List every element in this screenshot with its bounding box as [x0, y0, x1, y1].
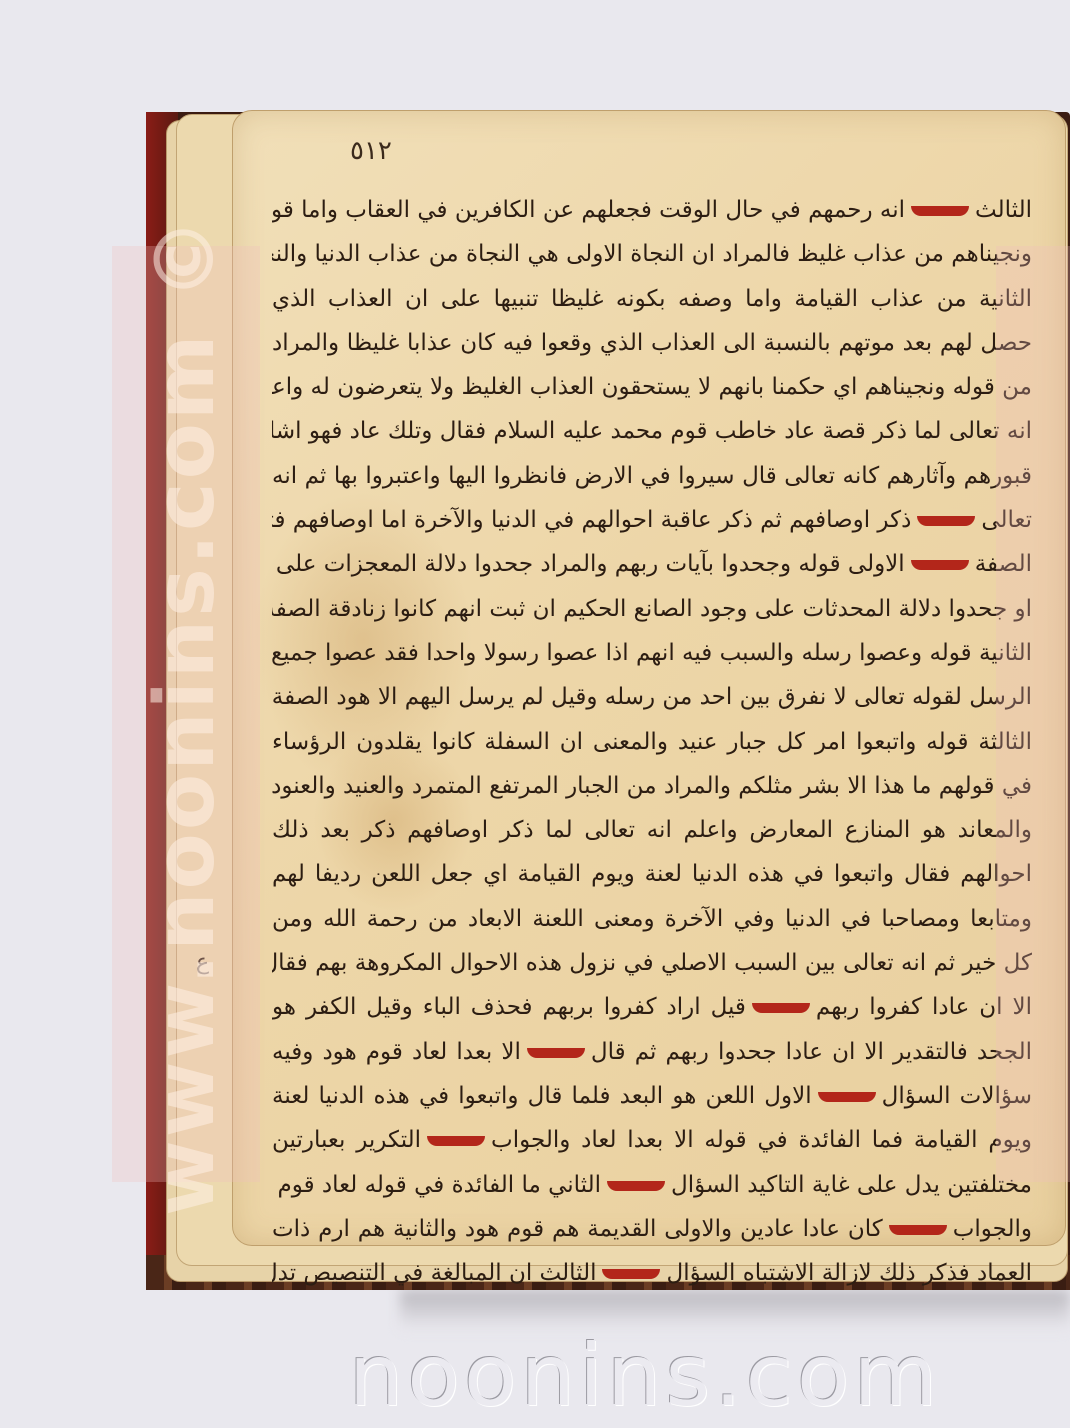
book-shadow [400, 1290, 1070, 1330]
text-line: الثالثة قوله واتبعوا امر كل جبار عنيد وا… [272, 720, 1032, 764]
rubric-overline [818, 1092, 876, 1102]
text-line: كل خير ثم انه تعالى بين السبب الاصلي في … [272, 941, 1032, 985]
rubric-overline [889, 1225, 947, 1235]
rubric-overline [602, 1269, 660, 1279]
text-line: حصل لهم بعد موتهم بالنسبة الى العذاب الذ… [272, 321, 1032, 365]
watermark-band-right [996, 246, 1070, 1182]
text-line: ويوم القيامة فما الفائدة في قوله الا بعد… [272, 1118, 1032, 1162]
rubric-overline [917, 516, 975, 526]
rubric-overline [911, 560, 969, 570]
text-line: قبورهم وآثارهم كانه تعالى قال سيروا في ا… [272, 454, 1032, 498]
text-line: تعالىذكر اوصافهم ثم ذكر عاقبة احوالهم في… [272, 498, 1032, 542]
text-line: الا ان عادا كفروا ربهمقيل اراد كفروا برب… [272, 985, 1032, 1029]
text-line: الثالثانه رحمهم في حال الوقت فجعلهم عن ا… [272, 188, 1032, 232]
rubric-overline [752, 1003, 810, 1013]
text-line: انه تعالى لما ذكر قصة عاد خاطب قوم محمد … [272, 409, 1032, 453]
rubric-overline [911, 206, 969, 216]
text-line: ومتابعا ومصاحبا في الدنيا وفي الآخرة ومع… [272, 897, 1032, 941]
text-line: الصفةالاولى قوله وجحدوا بآيات ربهم والمر… [272, 542, 1032, 586]
text-line: العماد فذكر ذلك لازالة الاشتباه السؤالال… [272, 1251, 1032, 1295]
text-line: الجحد فالتقدير الا ان عادا جحدوا ربهم ثم… [272, 1030, 1032, 1074]
manuscript-text-block: الثالثانه رحمهم في حال الوقت فجعلهم عن ا… [272, 188, 1032, 1295]
rubric-overline [607, 1181, 665, 1191]
text-line: احوالهم فقال واتبعوا في هذه الدنيا لعنة … [272, 852, 1032, 896]
text-line: ونجيناهم من عذاب غليظ فالمراد ان النجاة … [272, 232, 1032, 276]
text-line: والجوابكان عادا عادين والاولى القديمة هم… [272, 1207, 1032, 1251]
text-line: من قوله ونجيناهم اي حكمنا بانهم لا يستحق… [272, 365, 1032, 409]
text-line: الثانية قوله وعصوا رسله والسبب فيه انهم … [272, 631, 1032, 675]
text-line: سؤالات السؤالالاول اللعن هو البعد فلما ق… [272, 1074, 1032, 1118]
text-line: او جحدوا دلالة المحدثات على وجود الصانع … [272, 587, 1032, 631]
text-line: والمعاند هو المنازع المعارض واعلم انه تع… [272, 808, 1032, 852]
watermark-bottom: noonins.com [335, 1326, 955, 1426]
text-line: الثانية من عذاب القيامة واما وصفه بكونه … [272, 277, 1032, 321]
rubric-overline [427, 1136, 485, 1146]
watermark-vertical: www.noonins.com © [120, 250, 250, 1180]
text-line: مختلفتين يدل على غاية التاكيد السؤالالثا… [272, 1163, 1032, 1207]
text-line: الرسل لقوله تعالى لا نفرق بين احد من رسل… [272, 675, 1032, 719]
rubric-overline [527, 1048, 585, 1058]
text-line: في قولهم ما هذا الا بشر مثلكم والمراد من… [272, 764, 1032, 808]
folio-number: ٥١٢ [350, 136, 392, 166]
